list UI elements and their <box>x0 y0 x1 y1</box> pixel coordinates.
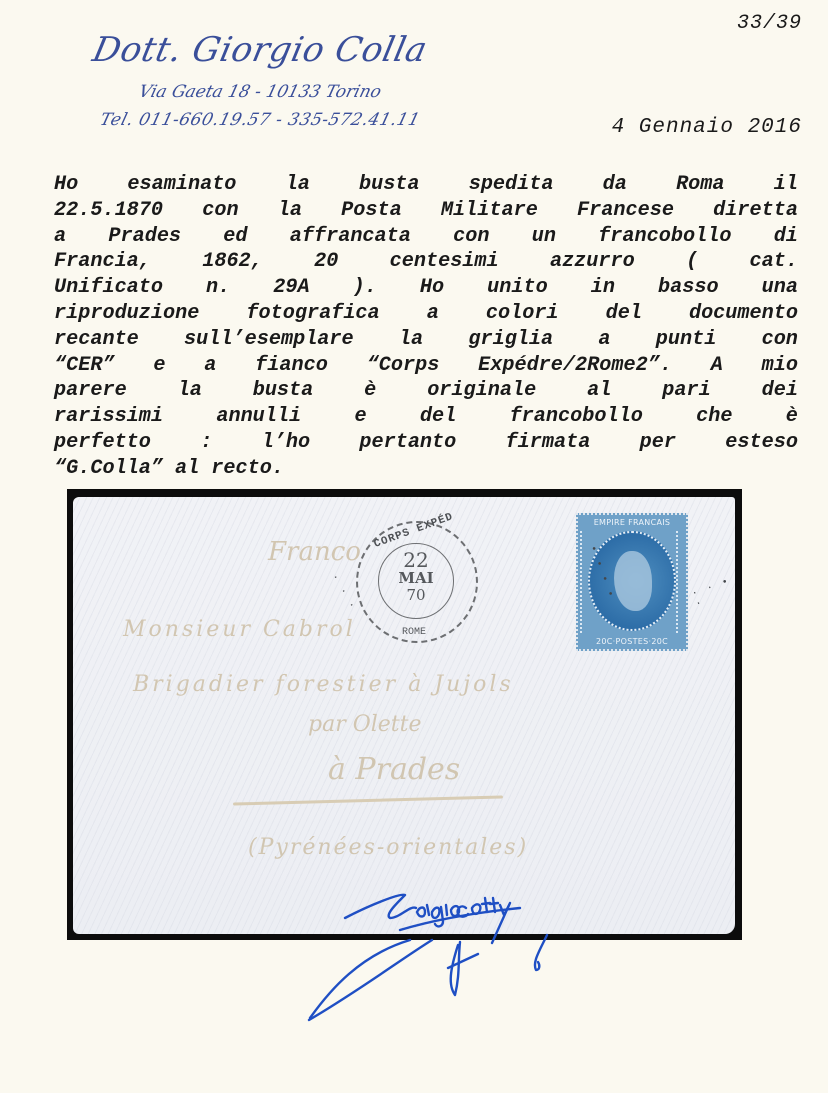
body-word: busta <box>253 378 314 404</box>
body-word: pari <box>662 378 710 404</box>
body-word: basso <box>658 275 719 301</box>
body-line: Unificaton.29A).Hounitoinbassouna <box>54 275 798 301</box>
body-word: mio <box>762 353 798 379</box>
body-line: “CER”eafianco“CorpsExpédre/2Rome2”.Amio <box>54 353 798 379</box>
body-word: firmata <box>506 430 591 456</box>
body-word: fotografica <box>246 301 379 327</box>
body-word: dei <box>762 378 798 404</box>
body-word: perfetto <box>54 430 151 456</box>
body-line: parerelabustaèoriginalealparidei <box>54 378 798 404</box>
body-word: n. <box>206 275 230 301</box>
page-number: 33/39 <box>737 12 802 35</box>
body-word: originale <box>427 378 536 404</box>
body-word: la <box>286 172 310 198</box>
body-word: documento <box>689 301 798 327</box>
body-word: la <box>399 327 423 353</box>
certificate-body: HoesaminatolabustaspeditadaRomail22.5.18… <box>54 172 798 482</box>
body-word: e <box>153 353 165 379</box>
envelope-photo-frame: Franco Monsieur Cabrol Brigadier foresti… <box>67 489 742 940</box>
body-line: riproduzionefotograficaacolorideldocumen… <box>54 301 798 327</box>
body-line: perfetto:l’hopertantofirmataperesteso <box>54 430 798 456</box>
body-word: Ho <box>54 172 78 198</box>
body-word: sull’esemplare <box>184 327 354 353</box>
body-word: del <box>606 301 642 327</box>
body-word: una <box>762 275 798 301</box>
body-word: A <box>711 353 723 379</box>
body-word: a <box>598 327 610 353</box>
body-word: in <box>591 275 615 301</box>
grid-cancel-dots-right: · · • · <box>691 575 738 610</box>
body-word: 22.5.1870 <box>54 198 163 224</box>
letterhead-name: Dott. Giorgio Colla <box>75 28 444 72</box>
letterhead: Dott. Giorgio Colla Via Gaeta 18 - 10133… <box>80 28 440 130</box>
postmark-cancel: CORPS EXPÉD 22 MAI 70 ROME <box>356 521 478 643</box>
body-word: a <box>427 301 439 327</box>
body-word: rarissimi <box>54 404 163 430</box>
body-word: a <box>54 224 66 250</box>
body-line: recantesull’esemplarelagrigliaapunticon <box>54 327 798 353</box>
postmark-day: 22 <box>379 550 453 570</box>
body-word: cat. <box>749 249 797 275</box>
body-word: busta <box>359 172 420 198</box>
body-word: “Corps <box>367 353 440 379</box>
body-word: punti <box>656 327 717 353</box>
handwriting-title: Brigadier forestier à Jujols <box>133 672 514 697</box>
body-word: spedita <box>469 172 554 198</box>
body-word: un <box>532 224 556 250</box>
body-word: che <box>696 404 732 430</box>
body-word: la <box>178 378 202 404</box>
body-word: unito <box>487 275 548 301</box>
postmark-inner-circle: 22 MAI 70 <box>378 543 454 619</box>
body-word: ( <box>686 249 698 275</box>
body-word: diretta <box>713 198 798 224</box>
body-word: 1862, <box>202 249 263 275</box>
body-word: Expédre/2Rome2”. <box>478 353 672 379</box>
body-word: ). <box>353 275 377 301</box>
letterhead-phone: Tel. 011-660.19.57 - 335-572.41.11 <box>78 110 443 130</box>
body-word: Ho <box>420 275 444 301</box>
body-word: Prades <box>108 224 181 250</box>
body-word: con <box>453 224 489 250</box>
body-line: “G.Colla”alrecto. <box>54 456 798 482</box>
postage-stamp: EMPIRE FRANCAIS 20C·POSTES·20C <box>576 513 688 651</box>
body-word: griglia <box>468 327 553 353</box>
body-word: Unificato <box>54 275 163 301</box>
body-word: francobollo <box>598 224 731 250</box>
body-word: Francese <box>577 198 674 224</box>
stamp-border-left <box>580 531 588 633</box>
body-word: fianco <box>255 353 328 379</box>
body-word: il <box>774 172 798 198</box>
body-word: annulli <box>216 404 301 430</box>
body-word: esaminato <box>127 172 236 198</box>
body-word: 29A <box>273 275 309 301</box>
stamp-top-label: EMPIRE FRANCAIS <box>578 518 686 527</box>
body-word: al <box>587 378 611 404</box>
body-word: centesimi <box>390 249 499 275</box>
body-word: pertanto <box>359 430 456 456</box>
body-word: Militare <box>441 198 538 224</box>
body-word: Posta <box>341 198 402 224</box>
certificate-date: 4 Gennaio 2016 <box>612 116 802 139</box>
body-line: rarissimiannulliedelfrancobollocheè <box>54 404 798 430</box>
napoleon-portrait-icon <box>614 551 652 611</box>
stamp-border-right <box>676 531 684 633</box>
body-word: “G.Colla” <box>54 456 163 482</box>
body-word: è <box>364 378 376 404</box>
postmark-month: MAI <box>379 570 453 586</box>
body-word: colori <box>486 301 559 327</box>
body-word: 20 <box>314 249 338 275</box>
handwriting-destination: à Prades <box>328 752 460 787</box>
body-word: con <box>762 327 798 353</box>
body-word: azzurro <box>550 249 635 275</box>
body-word: parere <box>54 378 127 404</box>
body-word: è <box>786 404 798 430</box>
handwriting-region: (Pyrénées-orientales) <box>248 835 528 860</box>
body-word: esteso <box>725 430 798 456</box>
body-word: l’ho <box>262 430 310 456</box>
body-word: riproduzione <box>54 301 199 327</box>
body-line: Francia,1862,20centesimiazzurro(cat. <box>54 249 798 275</box>
body-word: recante <box>54 327 139 353</box>
handwriting-underline <box>233 795 503 805</box>
body-word: al <box>175 456 199 482</box>
handwriting-franco: Franco <box>268 537 361 567</box>
body-word: la <box>278 198 302 224</box>
body-word: del <box>420 404 456 430</box>
body-word: per <box>640 430 676 456</box>
body-word: da <box>603 172 627 198</box>
body-word: affrancata <box>290 224 411 250</box>
body-word: con <box>202 198 238 224</box>
body-word: “CER” <box>54 353 115 379</box>
body-word: a <box>204 353 216 379</box>
stamp-bottom-label: 20C·POSTES·20C <box>578 637 686 646</box>
handwriting-addressee: Monsieur Cabrol <box>123 617 356 642</box>
stray-ink-dots: · · · <box>328 572 358 612</box>
body-line: 22.5.1870conlaPostaMilitareFrancesediret… <box>54 198 798 224</box>
body-word: di <box>774 224 798 250</box>
postmark-year: 70 <box>379 586 453 604</box>
envelope: Franco Monsieur Cabrol Brigadier foresti… <box>73 497 735 934</box>
handwriting-via: par Olette <box>308 712 422 737</box>
body-word: e <box>354 404 366 430</box>
letterhead-address: Via Gaeta 18 - 10133 Torino <box>78 82 443 102</box>
body-word: francobollo <box>510 404 643 430</box>
body-word: Francia, <box>54 249 151 275</box>
body-word: : <box>200 430 212 456</box>
body-word: Roma <box>676 172 724 198</box>
body-line: aPradesedaffrancataconunfrancobollodi <box>54 224 798 250</box>
postmark-bottom-text: ROME <box>402 627 426 638</box>
body-word: recto. <box>211 456 284 482</box>
body-line: HoesaminatolabustaspeditadaRomail <box>54 172 798 198</box>
body-word: ed <box>223 224 247 250</box>
